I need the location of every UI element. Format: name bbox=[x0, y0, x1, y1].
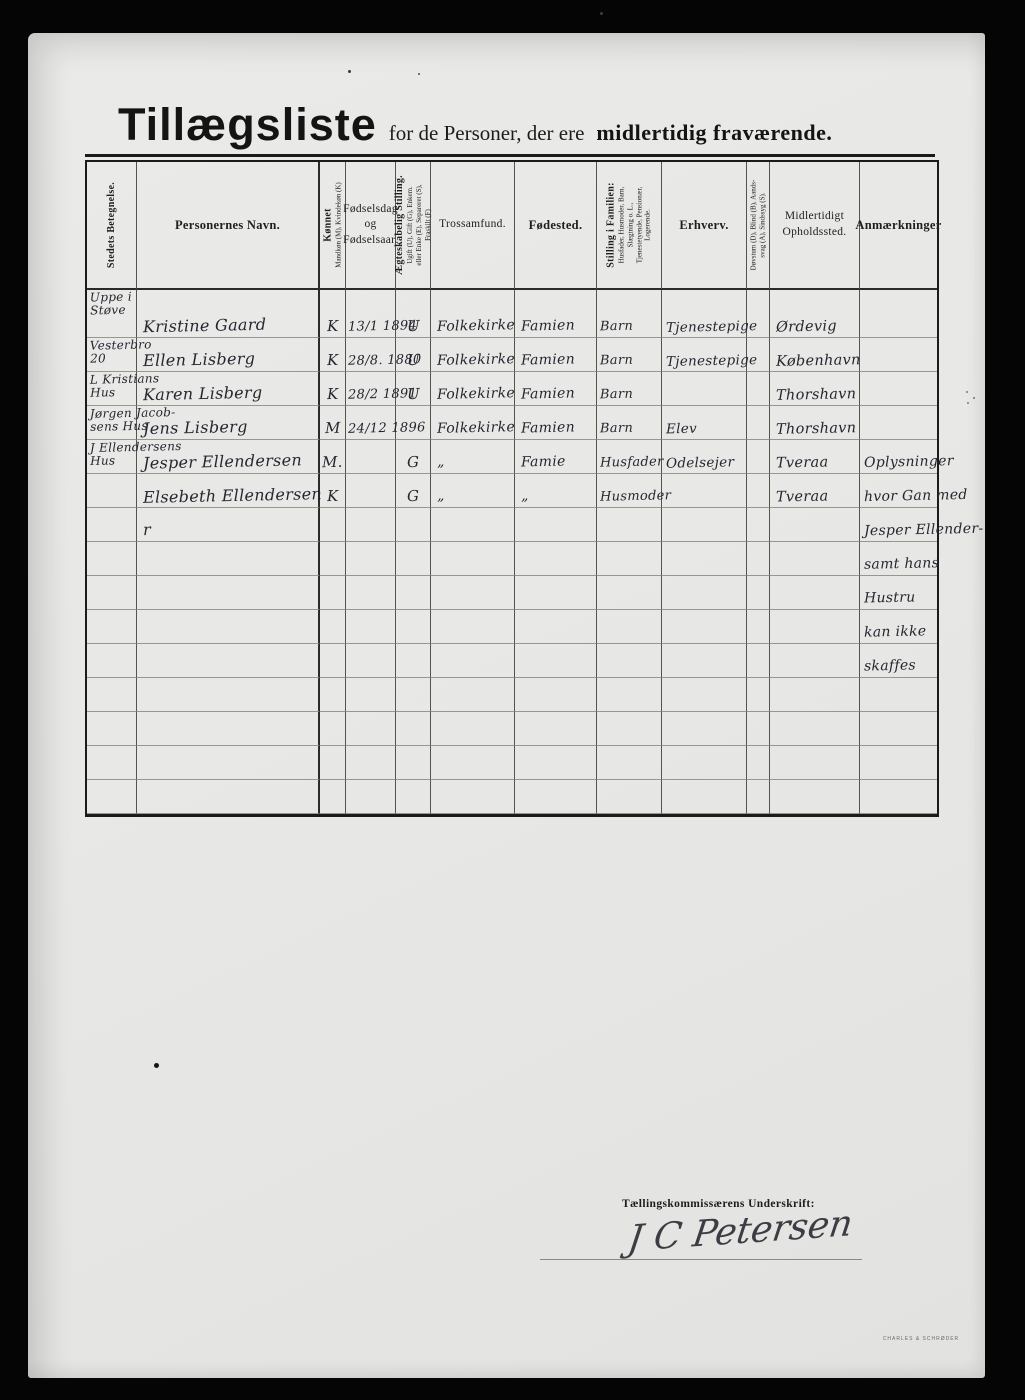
commissioner-signature: J C Petersen bbox=[625, 1203, 855, 1260]
table-cell: Jesper Ellender- bbox=[860, 508, 937, 542]
table-cell bbox=[346, 712, 396, 746]
table-cell bbox=[770, 780, 860, 814]
table-cell bbox=[747, 474, 770, 508]
table-cell: 28/2 1891 bbox=[346, 372, 396, 406]
table-cell bbox=[320, 644, 346, 678]
table-cell bbox=[747, 542, 770, 576]
table-cell bbox=[320, 712, 346, 746]
table-cell bbox=[515, 542, 597, 576]
table-cell bbox=[515, 746, 597, 780]
title-divider-rule bbox=[85, 154, 935, 157]
table-cell bbox=[597, 542, 662, 576]
handwritten-entry: hvor Gan med bbox=[864, 488, 968, 506]
table-cell bbox=[396, 576, 431, 610]
table-cell bbox=[662, 610, 747, 644]
census-table: Stedets Betegnelse. Personernes Navn. Kø… bbox=[85, 160, 939, 817]
rotated-header-text: Døvstum (D), Blind (B), Aands- svag (A),… bbox=[749, 163, 767, 287]
table-cell bbox=[431, 712, 515, 746]
table-cell bbox=[137, 678, 320, 712]
table-cell bbox=[320, 542, 346, 576]
handwritten-entry: samt hans bbox=[864, 557, 939, 574]
table-cell bbox=[747, 644, 770, 678]
table-cell: Tjenestepige bbox=[662, 290, 747, 338]
table-cell bbox=[346, 610, 396, 644]
table-cell: Husfader bbox=[597, 440, 662, 474]
table-cell bbox=[346, 576, 396, 610]
table-cell: skaffes bbox=[860, 644, 937, 678]
table-cell bbox=[87, 474, 137, 508]
table-cell: Ørdevig bbox=[770, 290, 860, 338]
table-cell bbox=[662, 542, 747, 576]
table-cell bbox=[346, 780, 396, 814]
table-cell bbox=[747, 372, 770, 406]
table-cell bbox=[770, 610, 860, 644]
handwritten-entry: skaffes bbox=[864, 659, 916, 676]
rotated-header-text: Stedets Betegnelse. bbox=[106, 163, 118, 287]
handwritten-entry: Folkekirke bbox=[437, 387, 515, 404]
table-cell bbox=[431, 780, 515, 814]
table-cell bbox=[860, 406, 937, 440]
handwritten-entry: r bbox=[143, 521, 151, 539]
table-cell: København bbox=[770, 338, 860, 372]
handwritten-entry: Famien bbox=[521, 319, 575, 336]
col-header-personernes-navn: Personernes Navn. bbox=[137, 162, 320, 290]
table-cell bbox=[431, 508, 515, 542]
table-cell bbox=[662, 576, 747, 610]
table-cell: Famien bbox=[515, 372, 597, 406]
handwritten-entry: Barn bbox=[600, 422, 633, 437]
form-title: Tillægsliste for de Personer, der ere mi… bbox=[118, 99, 948, 151]
table-cell bbox=[396, 610, 431, 644]
handwritten-entry: Oplysninger bbox=[864, 454, 954, 472]
table-cell bbox=[396, 712, 431, 746]
table-cell: Tveraa bbox=[770, 474, 860, 508]
table-cell: Barn bbox=[597, 406, 662, 440]
handwritten-entry: Folkekirke bbox=[437, 353, 515, 370]
table-cell: Thorshavn bbox=[770, 406, 860, 440]
col-header-koennet: Kønnet Mandkøn (M), Kvindekøn (K) bbox=[320, 162, 346, 290]
table-cell bbox=[396, 678, 431, 712]
table-cell bbox=[320, 780, 346, 814]
table-cell: „ bbox=[515, 474, 597, 508]
handwritten-entry: Elev bbox=[666, 422, 697, 438]
table-cell bbox=[860, 338, 937, 372]
handwritten-entry: Barn bbox=[600, 354, 633, 369]
handwritten-entry: U bbox=[406, 352, 419, 369]
handwritten-entry: Tjenestepige bbox=[666, 319, 758, 336]
table-cell bbox=[515, 508, 597, 542]
table-cell bbox=[431, 576, 515, 610]
table-cell bbox=[770, 712, 860, 746]
col-header-stedets-betegnelse: Stedets Betegnelse. bbox=[87, 162, 137, 290]
table-cell: hvor Gan med bbox=[860, 474, 937, 508]
table-cell: samt hans bbox=[860, 542, 937, 576]
table-cell bbox=[137, 542, 320, 576]
handwritten-entry: Thorshavn bbox=[776, 386, 857, 404]
table-cell bbox=[597, 576, 662, 610]
table-cell bbox=[662, 746, 747, 780]
table-cell bbox=[860, 678, 937, 712]
table-cell: Folkekirke bbox=[431, 372, 515, 406]
handwritten-entry: Tjenestepige bbox=[666, 353, 758, 370]
table-cell bbox=[597, 508, 662, 542]
table-cell bbox=[860, 780, 937, 814]
handwritten-entry: Kristine Gaard bbox=[143, 316, 267, 336]
table-cell: kan ikke bbox=[860, 610, 937, 644]
table-cell bbox=[747, 610, 770, 644]
scanned-page-background: Tillægsliste for de Personer, der ere mi… bbox=[0, 0, 1025, 1400]
table-cell bbox=[860, 372, 937, 406]
handwritten-entry: K bbox=[327, 352, 339, 369]
table-cell bbox=[770, 508, 860, 542]
scan-artifact-speck bbox=[967, 402, 969, 404]
table-cell: Folkekirke bbox=[431, 406, 515, 440]
table-cell bbox=[515, 780, 597, 814]
rotated-header-text: Stilling i Familien: Husfader, Husmoder,… bbox=[606, 163, 653, 287]
form-title-main: Tillægsliste bbox=[118, 99, 377, 151]
table-cell bbox=[431, 746, 515, 780]
table-cell bbox=[320, 508, 346, 542]
table-cell bbox=[431, 678, 515, 712]
table-cell bbox=[597, 678, 662, 712]
handwritten-entry: U bbox=[406, 386, 419, 403]
col-header-trossamfund: Trossamfund. bbox=[431, 162, 515, 290]
handwritten-entry: Folkekirke bbox=[437, 319, 515, 336]
table-cell bbox=[396, 542, 431, 576]
handwritten-entry: M. bbox=[322, 454, 343, 471]
handwritten-entry: „ bbox=[521, 489, 529, 505]
col-header-midlertidigt-opholdssted: Midlertidigt Opholdssted. bbox=[770, 162, 860, 290]
table-cell: Ellen Lisberg bbox=[137, 338, 320, 372]
table-cell bbox=[597, 644, 662, 678]
table-cell: 24/12 1896 bbox=[346, 406, 396, 440]
handwritten-entry: Hustru bbox=[864, 591, 916, 608]
table-cell bbox=[87, 508, 137, 542]
form-title-emphasis: midlertidig fraværende. bbox=[596, 120, 832, 146]
table-cell bbox=[137, 610, 320, 644]
handwritten-entry: 24/12 1896 bbox=[348, 422, 426, 438]
table-cell bbox=[662, 644, 747, 678]
handwritten-entry: Barn bbox=[600, 388, 633, 403]
table-cell bbox=[346, 474, 396, 508]
handwritten-entry: K bbox=[327, 318, 339, 335]
handwritten-entry: G bbox=[407, 454, 420, 471]
table-cell: Jørgen Jacob- sens Hus bbox=[87, 406, 137, 440]
signature-rule bbox=[540, 1259, 862, 1260]
handwritten-entry: Elsebeth Ellendersen bbox=[143, 485, 322, 507]
scan-artifact-speck bbox=[973, 397, 975, 399]
handwritten-entry: Karen Lisberg bbox=[143, 384, 263, 404]
table-cell bbox=[431, 542, 515, 576]
table-cell: Kristine Gaard bbox=[137, 290, 320, 338]
paper-speck bbox=[418, 73, 420, 75]
table-cell bbox=[662, 508, 747, 542]
table-cell: K bbox=[320, 290, 346, 338]
table-cell: Tveraa bbox=[770, 440, 860, 474]
table-cell: Folkekirke bbox=[431, 290, 515, 338]
table-cell: Elev bbox=[662, 406, 747, 440]
table-cell bbox=[87, 644, 137, 678]
handwritten-entry: Famien bbox=[521, 421, 575, 438]
table-cell bbox=[770, 678, 860, 712]
handwritten-entry: Famie bbox=[521, 455, 566, 472]
scan-artifact-speck bbox=[600, 12, 603, 15]
handwritten-entry: „ bbox=[437, 489, 445, 505]
rotated-header-text: Kønnet Mandkøn (M), Kvindekøn (K) bbox=[322, 163, 343, 287]
table-cell bbox=[346, 508, 396, 542]
table-cell bbox=[515, 678, 597, 712]
table-cell: Famien bbox=[515, 338, 597, 372]
handwritten-entry: Odelsejer bbox=[666, 455, 735, 472]
col-header-foedested: Fødested. bbox=[515, 162, 597, 290]
table-cell: G bbox=[396, 440, 431, 474]
table-cell: r bbox=[137, 508, 320, 542]
table-cell bbox=[346, 746, 396, 780]
table-cell: Oplysninger bbox=[860, 440, 937, 474]
table-cell bbox=[320, 746, 346, 780]
table-cell bbox=[662, 678, 747, 712]
table-cell: Husmoder bbox=[597, 474, 662, 508]
table-cell bbox=[87, 746, 137, 780]
table-cell bbox=[396, 780, 431, 814]
col-header-erhverv: Erhverv. bbox=[662, 162, 747, 290]
table-cell bbox=[770, 542, 860, 576]
table-cell bbox=[87, 542, 137, 576]
table-cell bbox=[87, 678, 137, 712]
table-cell bbox=[770, 576, 860, 610]
table-cell bbox=[87, 780, 137, 814]
table-cell bbox=[860, 746, 937, 780]
table-cell: Famien bbox=[515, 406, 597, 440]
handwritten-entry: U bbox=[406, 318, 419, 335]
table-cell: 28/8. 1880 bbox=[346, 338, 396, 372]
table-cell: Tjenestepige bbox=[662, 338, 747, 372]
table-cell: K bbox=[320, 338, 346, 372]
table-cell bbox=[597, 746, 662, 780]
table-cell: M bbox=[320, 406, 346, 440]
table-cell bbox=[597, 712, 662, 746]
table-cell bbox=[137, 746, 320, 780]
table-cell bbox=[747, 576, 770, 610]
handwritten-entry: Barn bbox=[600, 320, 633, 335]
table-cell bbox=[860, 712, 937, 746]
table-cell: 13/1 1894 bbox=[346, 290, 396, 338]
table-cell: Hustru bbox=[860, 576, 937, 610]
scan-artifact-speck bbox=[966, 391, 968, 393]
table-cell: Barn bbox=[597, 338, 662, 372]
handwritten-entry: Tveraa bbox=[776, 454, 829, 471]
table-cell bbox=[515, 644, 597, 678]
handwritten-entry: Jens Lisberg bbox=[143, 418, 248, 438]
handwritten-entry: Husfader bbox=[600, 456, 664, 472]
table-cell bbox=[597, 780, 662, 814]
col-header-stilling-i-familien: Stilling i Familien: Husfader, Husmoder,… bbox=[597, 162, 662, 290]
table-cell: Elsebeth Ellendersen bbox=[137, 474, 320, 508]
printer-mark: CHARLES & SCHRØDER bbox=[866, 1336, 976, 1342]
table-cell: Folkekirke bbox=[431, 338, 515, 372]
handwritten-entry: København bbox=[776, 352, 861, 370]
table-cell: Vesterbro 20 bbox=[87, 338, 137, 372]
table-cell bbox=[747, 440, 770, 474]
table-cell: „ bbox=[431, 474, 515, 508]
table-cell: Barn bbox=[597, 372, 662, 406]
table-cell bbox=[396, 746, 431, 780]
table-cell bbox=[137, 780, 320, 814]
table-cell bbox=[396, 644, 431, 678]
handwritten-entry: kan ikke bbox=[864, 625, 927, 642]
col-header-aegteskabelig-stilling: Ægteskabelig Stilling. Ugift (U), Gift (… bbox=[396, 162, 431, 290]
table-cell bbox=[137, 576, 320, 610]
handwritten-entry: Famien bbox=[521, 387, 575, 404]
table-cell bbox=[747, 406, 770, 440]
handwritten-entry: Famien bbox=[521, 353, 575, 370]
table-cell bbox=[431, 610, 515, 644]
table-cell: Karen Lisberg bbox=[137, 372, 320, 406]
table-cell bbox=[320, 610, 346, 644]
table-cell bbox=[320, 576, 346, 610]
col-header-foedselsdag: Fødselsdag og Fødselsaar. bbox=[346, 162, 396, 290]
table-cell: Famien bbox=[515, 290, 597, 338]
table-cell bbox=[346, 644, 396, 678]
handwritten-entry: Jesper Ellender- bbox=[864, 522, 984, 540]
table-cell: M. bbox=[320, 440, 346, 474]
table-cell: L Kristians Hus bbox=[87, 372, 137, 406]
table-cell bbox=[747, 712, 770, 746]
table-cell bbox=[747, 746, 770, 780]
handwritten-entry: M bbox=[324, 420, 340, 437]
paper-speck bbox=[348, 70, 351, 73]
handwritten-entry: Ørdevig bbox=[776, 318, 837, 336]
table-cell bbox=[662, 780, 747, 814]
table-cell: K bbox=[320, 474, 346, 508]
table-cell: J Ellendersens Hus bbox=[87, 440, 137, 474]
table-cell bbox=[747, 780, 770, 814]
table-cell bbox=[396, 508, 431, 542]
table-cell bbox=[87, 576, 137, 610]
table-cell bbox=[87, 712, 137, 746]
table-cell bbox=[346, 542, 396, 576]
table-cell bbox=[320, 678, 346, 712]
table-cell bbox=[662, 712, 747, 746]
col-header-anmaerkninger: Anmærkninger bbox=[860, 162, 937, 290]
table-cell bbox=[137, 712, 320, 746]
handwritten-entry: Husmoder bbox=[600, 490, 671, 506]
col-header-doevstum-blind: Døvstum (D), Blind (B), Aands- svag (A),… bbox=[747, 162, 770, 290]
table-cell bbox=[137, 644, 320, 678]
table-cell bbox=[747, 508, 770, 542]
table-cell bbox=[515, 610, 597, 644]
handwritten-entry: Uppe i Støve bbox=[90, 291, 133, 319]
table-cell bbox=[431, 644, 515, 678]
table-cell bbox=[662, 372, 747, 406]
ink-speck bbox=[154, 1063, 159, 1068]
table-cell bbox=[747, 678, 770, 712]
table-cell bbox=[346, 678, 396, 712]
rotated-header-text: Ægteskabelig Stilling. Ugift (U), Gift (… bbox=[394, 163, 432, 287]
table-cell bbox=[860, 290, 937, 338]
handwritten-entry: G bbox=[407, 488, 420, 505]
handwritten-entry: „ bbox=[437, 455, 445, 471]
handwritten-entry: Folkekirke bbox=[437, 421, 515, 438]
table-cell bbox=[87, 610, 137, 644]
table-cell bbox=[662, 474, 747, 508]
table-cell: „ bbox=[431, 440, 515, 474]
handwritten-entry: Ellen Lisberg bbox=[143, 350, 256, 370]
handwritten-entry: K bbox=[327, 488, 339, 505]
table-cell bbox=[515, 576, 597, 610]
handwritten-entry: Thorshavn bbox=[776, 420, 857, 438]
table-cell bbox=[770, 746, 860, 780]
handwritten-entry: K bbox=[327, 386, 339, 403]
handwritten-entry: Jesper Ellendersen bbox=[143, 451, 302, 472]
table-cell: Uppe i Støve bbox=[87, 290, 137, 338]
table-cell: Thorshavn bbox=[770, 372, 860, 406]
table-cell: Famie bbox=[515, 440, 597, 474]
handwritten-entry: Tveraa bbox=[776, 488, 829, 505]
table-cell bbox=[597, 610, 662, 644]
table-cell: Barn bbox=[597, 290, 662, 338]
table-cell: G bbox=[396, 474, 431, 508]
census-form-page: Tillægsliste for de Personer, der ere mi… bbox=[28, 33, 985, 1378]
table-cell bbox=[515, 712, 597, 746]
table-cell bbox=[770, 644, 860, 678]
table-cell bbox=[346, 440, 396, 474]
table-cell: Odelsejer bbox=[662, 440, 747, 474]
table-cell: K bbox=[320, 372, 346, 406]
form-title-mid: for de Personer, der ere bbox=[389, 121, 585, 146]
